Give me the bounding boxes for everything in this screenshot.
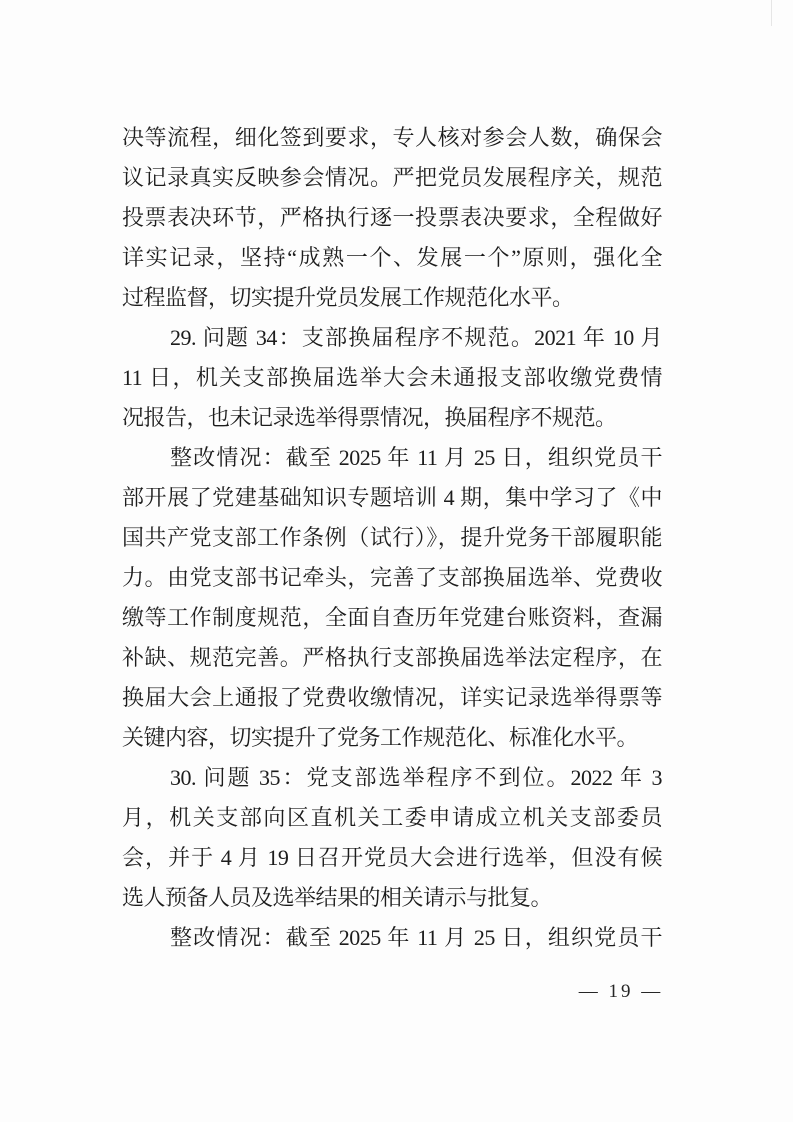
scan-artifact-line — [771, 0, 772, 26]
text-line: 过程监督，切实提升党员发展工作规范化水平。 — [122, 278, 662, 318]
text-line: 整改情况：截至 2025 年 11 月 25 日，组织党员干 — [122, 918, 662, 958]
text-line: 11 日，机关支部换届选举大会未通报支部收缴党费情 — [122, 358, 662, 398]
text-line: 补缺、规范完善。严格执行支部换届选举法定程序，在 — [122, 638, 662, 678]
text-line: 况报告，也未记录选举得票情况，换届程序不规范。 — [122, 398, 662, 438]
text-line: 投票表决环节，严格执行逐一投票表决要求，全程做好 — [122, 198, 662, 238]
text-line: 月，机关支部向区直机关工委申请成立机关支部委员 — [122, 798, 662, 838]
document-page: 决等流程，细化签到要求，专人核对参会人数，确保会 议记录真实反映参会情况。严把党… — [0, 0, 793, 1122]
paragraph: 整改情况：截至 2025 年 11 月 25 日，组织党员干 部开展了党建基础知… — [122, 438, 662, 758]
text-line: 关键内容，切实提升了党务工作规范化、标准化水平。 — [122, 718, 662, 758]
text-line: 换届大会上通报了党费收缴情况，详实记录选举得票等 — [122, 678, 662, 718]
text-line: 部开展了党建基础知识专题培训 4 期，集中学习了《中 — [122, 478, 662, 518]
text-line: 29. 问题 34：支部换届程序不规范。2021 年 10 月 — [122, 318, 662, 358]
text-line: 国共产党支部工作条例（试行）》，提升党务干部履职能 — [122, 518, 662, 558]
page-number: — 19 — — [556, 981, 686, 1003]
text-line: 30. 问题 35：党支部选举程序不到位。2022 年 3 — [122, 758, 662, 798]
paragraph: 决等流程，细化签到要求，专人核对参会人数，确保会 议记录真实反映参会情况。严把党… — [122, 118, 662, 318]
paragraph: 29. 问题 34：支部换届程序不规范。2021 年 10 月 11 日，机关支… — [122, 318, 662, 438]
paragraph: 整改情况：截至 2025 年 11 月 25 日，组织党员干 — [122, 918, 662, 958]
text-line: 缴等工作制度规范，全面自查历年党建台账资料，查漏 — [122, 598, 662, 638]
text-line: 选人预备人员及选举结果的相关请示与批复。 — [122, 878, 662, 918]
text-line: 力。由党支部书记牵头，完善了支部换届选举、党费收 — [122, 558, 662, 598]
text-line: 决等流程，细化签到要求，专人核对参会人数，确保会 — [122, 118, 662, 158]
text-line: 会，并于 4 月 19 日召开党员大会进行选举，但没有候 — [122, 838, 662, 878]
text-line: 整改情况：截至 2025 年 11 月 25 日，组织党员干 — [122, 438, 662, 478]
page-body: 决等流程，细化签到要求，专人核对参会人数，确保会 议记录真实反映参会情况。严把党… — [122, 118, 662, 958]
text-line: 议记录真实反映参会情况。严把党员发展程序关，规范 — [122, 158, 662, 198]
text-line: 详实记录，坚持“成熟一个、发展一个”原则，强化全 — [122, 238, 662, 278]
paragraph: 30. 问题 35：党支部选举程序不到位。2022 年 3 月，机关支部向区直机… — [122, 758, 662, 918]
